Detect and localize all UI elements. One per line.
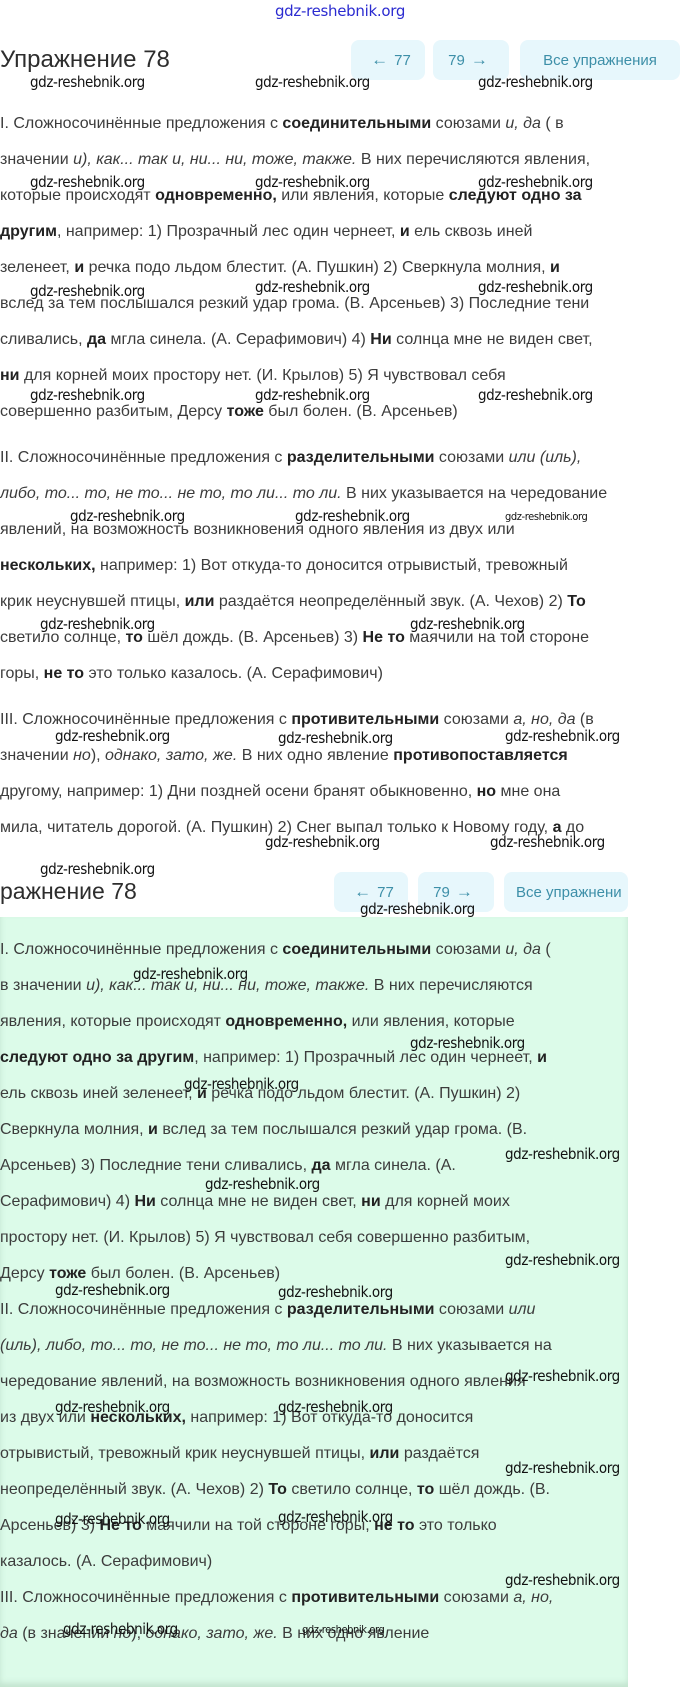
text-line: Дерсу тоже был болен. (В. Арсеньев)	[0, 1256, 628, 1292]
section-3: III. Сложносочинённые предложения с прот…	[0, 702, 680, 846]
text-line: явления, которые происходят одновременно…	[0, 1004, 628, 1040]
text-line: следуют одно за другим, например: 1) Про…	[0, 1040, 628, 1076]
text-line: да (в значении но), однако, зато, же. В …	[0, 1616, 628, 1652]
text-line: другим, например: 1) Прозрачный лес один…	[0, 214, 680, 250]
prev-label: 77	[377, 884, 394, 901]
text-line: либо, то... то, не то... не то, то ли...…	[0, 476, 680, 512]
text-line: II. Сложносочинённые предложения с разде…	[0, 1292, 628, 1328]
arrow-left-icon: ←	[371, 50, 388, 70]
next-label: 79	[448, 52, 465, 69]
text-line: светило солнце, то шёл дождь. (В. Арсень…	[0, 620, 680, 656]
text-line: I. Сложносочинённые предложения с соедин…	[0, 932, 628, 968]
section-2: II. Сложносочинённые предложения с разде…	[0, 440, 680, 692]
next-label: 79	[433, 884, 450, 901]
text-line: из двух или нескольких, например: 1) Вот…	[0, 1400, 628, 1436]
arrow-left-icon: ←	[354, 882, 371, 902]
next-exercise-button[interactable]: 79 →	[433, 40, 509, 80]
text-line: Серафимович) 4) Ни солнца мне не виден с…	[0, 1184, 628, 1220]
exercise-header-duplicate: ражнение 78 ← 77 79 → Все упражнени	[0, 872, 680, 916]
text-line: в значении и), как... так и, ни... ни, т…	[0, 968, 628, 1004]
arrow-right-icon: →	[471, 50, 488, 70]
text-line: I. Сложносочинённые предложения с соедин…	[0, 106, 680, 142]
next-exercise-button-duplicate[interactable]: 79 →	[418, 872, 494, 912]
arrow-right-icon: →	[456, 882, 473, 902]
prev-exercise-button-duplicate[interactable]: ← 77	[334, 872, 408, 912]
text-line: Сверкнула молния, и вслед за тем послыша…	[0, 1112, 628, 1148]
text-line: III. Сложносочинённые предложения с прот…	[0, 702, 680, 738]
text-line: совершенно разбитым, Дерсу тоже был боле…	[0, 394, 680, 430]
text-line: крик неуснувшей птицы, или раздаётся нео…	[0, 584, 680, 620]
text-line: Арсеньев) 3) Не то маячили на той сторон…	[0, 1508, 628, 1544]
text-line: которые происходят одновременно, или явл…	[0, 178, 680, 214]
text-line: сливались, да мгла синела. (А. Серафимов…	[0, 322, 680, 358]
text-line: значении и), как... так и, ни... ни, тож…	[0, 142, 680, 178]
text-line: ни для корней моих простору нет. (И. Кры…	[0, 358, 680, 394]
text-line: зеленеет, и речка подо льдом блестит. (А…	[0, 250, 680, 286]
answer-panel: I. Сложносочинённые предложения с соедин…	[0, 917, 628, 1687]
text-line: другому, например: 1) Дни поздней осени …	[0, 774, 680, 810]
text-line: Арсеньев) 3) Последние тени сливались, д…	[0, 1148, 628, 1184]
text-line: горы, не то это только казалось. (А. Сер…	[0, 656, 680, 692]
page-title: Упражнение 78	[0, 46, 170, 74]
text-line: чередование явлений, на возможность возн…	[0, 1364, 628, 1400]
text-line: II. Сложносочинённые предложения с разде…	[0, 440, 680, 476]
text-line: III. Сложносочинённые предложения с прот…	[0, 1580, 628, 1616]
theory-text: I. Сложносочинённые предложения с соедин…	[0, 106, 680, 846]
prev-label: 77	[394, 52, 411, 69]
site-watermark: gdz-reshebnik.org	[0, 2, 680, 20]
all-exercises-label: Все упражнения	[543, 52, 657, 69]
page-title-duplicate: ражнение 78	[0, 878, 137, 905]
text-line: неопределённый звук. (А. Чехов) 2) То св…	[0, 1472, 628, 1508]
answer-text: I. Сложносочинённые предложения с соедин…	[0, 932, 628, 1652]
text-line: мила, читатель дорогой. (А. Пушкин) 2) С…	[0, 810, 680, 846]
exercise-header: Упражнение 78 ← 77 79 → Все упражнения	[0, 40, 680, 84]
text-line: отрывистый, тревожный крик неуснувшей пт…	[0, 1436, 628, 1472]
all-exercises-button[interactable]: Все упражнения	[520, 40, 680, 80]
text-line: значении но), однако, зато, же. В них од…	[0, 738, 680, 774]
text-line: казалось. (А. Серафимович)	[0, 1544, 628, 1580]
section-1: I. Сложносочинённые предложения с соедин…	[0, 106, 680, 430]
prev-exercise-button[interactable]: ← 77	[351, 40, 425, 80]
all-exercises-label: Все упражнени	[516, 884, 622, 901]
text-line: (иль), либо, то... то, не то... не то, т…	[0, 1328, 628, 1364]
text-line: явлений, на возможность возникновения од…	[0, 512, 680, 548]
text-line: нескольких, например: 1) Вот откуда-то д…	[0, 548, 680, 584]
text-line: вслед за тем послышался резкий удар гром…	[0, 286, 680, 322]
text-line: ель сквозь иней зеленеет, и речка подо л…	[0, 1076, 628, 1112]
text-line: простору нет. (И. Крылов) 5) Я чувствова…	[0, 1220, 628, 1256]
all-exercises-button-duplicate[interactable]: Все упражнени	[504, 872, 628, 912]
